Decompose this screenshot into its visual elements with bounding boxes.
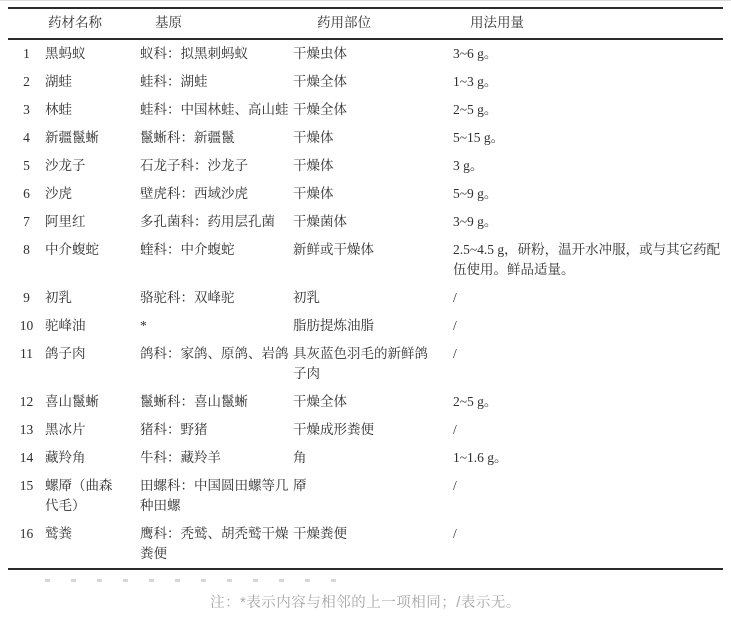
- cell-dosage: 2.5~4.5 g，研粉，温开水冲服，或与其它药配伍使用。鲜品适量。: [453, 240, 723, 280]
- cell-origin: 鬣蜥科：喜山鬣蜥: [140, 392, 293, 412]
- cell-name: 驼峰油: [45, 316, 140, 336]
- cell-no: 15: [8, 476, 45, 516]
- cell-no: 7: [8, 212, 45, 232]
- cell-origin: 牛科：藏羚羊: [140, 448, 293, 468]
- cell-no: 13: [8, 420, 45, 440]
- cell-no: 2: [8, 72, 45, 92]
- cell-part: 干燥成形粪便: [293, 420, 453, 440]
- cell-name: 林蛙: [45, 100, 140, 120]
- cell-origin: 骆驼科：双峰驼: [140, 288, 293, 308]
- cell-origin: 蛙科：湖蛙: [140, 72, 293, 92]
- cell-dosage: 1~1.6 g。: [453, 448, 723, 468]
- cell-part: 角: [293, 448, 453, 468]
- cell-part: 具灰蓝色羽毛的新鲜鸽子肉: [293, 344, 453, 384]
- table-row: 6沙虎壁虎科：西域沙虎干燥体5~9 g。: [8, 180, 723, 208]
- table-row: 4新疆鬣蜥鬣蜥科：新疆鬣干燥体5~15 g。: [8, 124, 723, 152]
- cell-dosage: 1~3 g。: [453, 72, 723, 92]
- cell-name: 阿里红: [45, 212, 140, 232]
- column-header-index: [8, 13, 45, 33]
- cell-name: 黑蚂蚁: [45, 44, 140, 64]
- cell-part: 干燥全体: [293, 100, 453, 120]
- cell-dosage: /: [453, 524, 723, 564]
- cell-origin: 鬣蜥科：新疆鬣: [140, 128, 293, 148]
- cell-name: 藏羚角: [45, 448, 140, 468]
- cell-part: 干燥全体: [293, 72, 453, 92]
- table-row: 12喜山鬣蜥鬣蜥科：喜山鬣蜥干燥全体2~5 g。: [8, 388, 723, 416]
- cell-no: 11: [8, 344, 45, 384]
- cell-dosage: /: [453, 476, 723, 516]
- cell-name: 沙龙子: [45, 156, 140, 176]
- table-body: 1黑蚂蚁蚁科：拟黑刺蚂蚁干燥虫体3~6 g。2湖蛙蛙科：湖蛙干燥全体1~3 g。…: [8, 40, 723, 568]
- table-footnote: 注：*表示内容与相邻的上一项相同；/表示无。: [0, 591, 731, 612]
- table-row: 16鹫粪鹰科：秃鹫、胡秃鹫干燥粪便干燥粪便/: [8, 520, 723, 568]
- document-page: 药材名称 基原 药用部位 用法用量 1黑蚂蚁蚁科：拟黑刺蚂蚁干燥虫体3~6 g。…: [0, 0, 731, 621]
- column-header-name: 药材名称: [45, 13, 140, 33]
- table-row: 3林蛙蛙科：中国林蛙、高山蛙干燥全体2~5 g。: [8, 96, 723, 124]
- cell-part: 脂肪提炼油脂: [293, 316, 453, 336]
- cell-name: 鹫粪: [45, 524, 140, 564]
- table-row: 9初乳骆驼科：双峰驼初乳/: [8, 284, 723, 312]
- cell-no: 10: [8, 316, 45, 336]
- cell-name: 新疆鬣蜥: [45, 128, 140, 148]
- cell-name: 黑冰片: [45, 420, 140, 440]
- cell-name: 喜山鬣蜥: [45, 392, 140, 412]
- cell-no: 16: [8, 524, 45, 564]
- cell-part: 干燥体: [293, 128, 453, 148]
- medicinal-materials-table: 药材名称 基原 药用部位 用法用量 1黑蚂蚁蚁科：拟黑刺蚂蚁干燥虫体3~6 g。…: [8, 7, 723, 570]
- cell-dosage: /: [453, 316, 723, 336]
- cell-origin: 石龙子科：沙龙子: [140, 156, 293, 176]
- cell-name: 沙虎: [45, 184, 140, 204]
- cell-no: 8: [8, 240, 45, 280]
- table-row: 13黑冰片猪科：野猪干燥成形粪便/: [8, 416, 723, 444]
- cell-no: 1: [8, 44, 45, 64]
- cell-name: 螺厣（曲森代毛）: [45, 476, 140, 516]
- cell-part: 干燥体: [293, 156, 453, 176]
- cell-origin: 鸽科：家鸽、原鸽、岩鸽: [140, 344, 293, 384]
- table-header-row: 药材名称 基原 药用部位 用法用量: [8, 9, 723, 40]
- cell-name: 湖蛙: [45, 72, 140, 92]
- cell-part: 干燥粪便: [293, 524, 453, 564]
- cell-part: 干燥虫体: [293, 44, 453, 64]
- cell-no: 14: [8, 448, 45, 468]
- cell-dosage: 3 g。: [453, 156, 723, 176]
- cell-part: 厣: [293, 476, 453, 516]
- cell-dosage: 5~9 g。: [453, 184, 723, 204]
- table-row: 11鸽子肉鸽科：家鸽、原鸽、岩鸽具灰蓝色羽毛的新鲜鸽子肉/: [8, 340, 723, 388]
- cell-name: 中介蝮蛇: [45, 240, 140, 280]
- cell-no: 3: [8, 100, 45, 120]
- cell-no: 12: [8, 392, 45, 412]
- cell-dosage: 3~9 g。: [453, 212, 723, 232]
- cell-dosage: /: [453, 420, 723, 440]
- table-row: 1黑蚂蚁蚁科：拟黑刺蚂蚁干燥虫体3~6 g。: [8, 40, 723, 68]
- table-row: 14藏羚角牛科：藏羚羊角1~1.6 g。: [8, 444, 723, 472]
- cell-name: 初乳: [45, 288, 140, 308]
- cell-part: 新鲜或干燥体: [293, 240, 453, 280]
- cell-no: 5: [8, 156, 45, 176]
- table-row: 15螺厣（曲森代毛）田螺科：中国圆田螺等几种田螺厣/: [8, 472, 723, 520]
- cropped-text-remnant: [45, 579, 357, 582]
- cell-dosage: 5~15 g。: [453, 128, 723, 148]
- cell-origin: 猪科：野猪: [140, 420, 293, 440]
- table-row: 2湖蛙蛙科：湖蛙干燥全体1~3 g。: [8, 68, 723, 96]
- cell-part: 干燥体: [293, 184, 453, 204]
- cell-dosage: /: [453, 344, 723, 384]
- cell-part: 干燥菌体: [293, 212, 453, 232]
- column-header-origin: 基原: [140, 13, 293, 33]
- cell-no: 9: [8, 288, 45, 308]
- cell-no: 4: [8, 128, 45, 148]
- cell-origin: 多孔菌科：药用层孔菌: [140, 212, 293, 232]
- cell-origin: *: [140, 316, 293, 336]
- cell-dosage: 2~5 g。: [453, 100, 723, 120]
- column-header-part: 药用部位: [293, 13, 453, 33]
- cell-origin: 蝰科：中介蝮蛇: [140, 240, 293, 280]
- table-row: 7阿里红多孔菌科：药用层孔菌干燥菌体3~9 g。: [8, 208, 723, 236]
- cell-dosage: 3~6 g。: [453, 44, 723, 64]
- table-row: 5沙龙子石龙子科：沙龙子干燥体3 g。: [8, 152, 723, 180]
- cell-origin: 蛙科：中国林蛙、高山蛙: [140, 100, 293, 120]
- table-row: 8中介蝮蛇蝰科：中介蝮蛇新鲜或干燥体2.5~4.5 g，研粉，温开水冲服，或与其…: [8, 236, 723, 284]
- column-header-dosage: 用法用量: [453, 13, 723, 33]
- cell-origin: 田螺科：中国圆田螺等几种田螺: [140, 476, 293, 516]
- table-row: 10驼峰油*脂肪提炼油脂/: [8, 312, 723, 340]
- cell-origin: 鹰科：秃鹫、胡秃鹫干燥粪便: [140, 524, 293, 564]
- cell-part: 干燥全体: [293, 392, 453, 412]
- cell-origin: 蚁科：拟黑刺蚂蚁: [140, 44, 293, 64]
- cell-name: 鸽子肉: [45, 344, 140, 384]
- cell-part: 初乳: [293, 288, 453, 308]
- cell-origin: 壁虎科：西域沙虎: [140, 184, 293, 204]
- cell-dosage: /: [453, 288, 723, 308]
- cell-dosage: 2~5 g。: [453, 392, 723, 412]
- cell-no: 6: [8, 184, 45, 204]
